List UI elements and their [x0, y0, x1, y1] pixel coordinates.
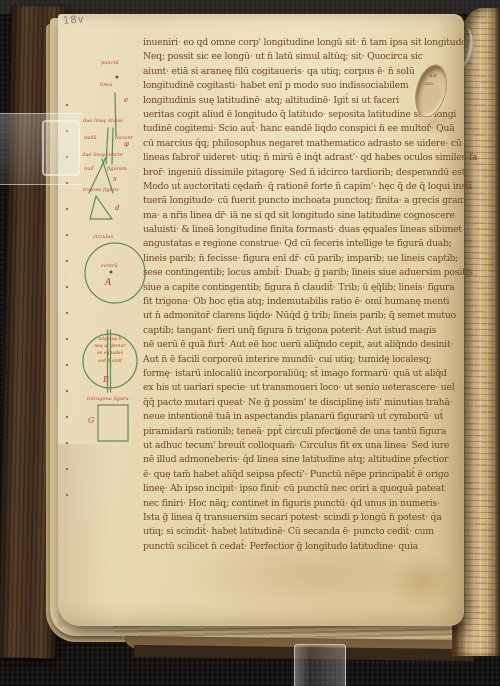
- square-label: tetragona figura·: [87, 396, 130, 402]
- linea-line: [115, 93, 116, 136]
- text-line: lineis parib; n̄ fecisse· figura enī dr̄…: [143, 252, 467, 266]
- divided-lines-label: due lineę diuise: [83, 118, 123, 124]
- text-line: Aut n̄ ē facili corporeū interire mundū·…: [143, 353, 467, 367]
- text-line: ē· quę tam̄ habet aliq̄d seipsa pfecti'·…: [143, 468, 467, 482]
- text-line: neue intentionē tuā in aspectandis plana…: [143, 410, 467, 424]
- circle2-inscription-row: sed n̄ sunt: [80, 358, 140, 365]
- text-line: Modo ut́ auctoritati cędam̄· q̄ rationē …: [143, 180, 467, 194]
- text-line: nec finiri· Hoc nāq; continet in figuris…: [143, 497, 467, 511]
- table-edge: [0, 0, 500, 14]
- text-line: ex his ut uariari specie· ut transmoueri…: [143, 381, 467, 395]
- text-line: nē illud admoneberis· q́d linea sine lat…: [143, 453, 467, 467]
- text-line: inueniri· eo qd omne corp' longitudine l…: [143, 36, 467, 50]
- text-line: tudinē cogitemi· Scio aut̄· hanc eandē l…: [143, 122, 467, 136]
- text-line: nē uerū ē quā furt̄· Aut eē hoc uerū ali…: [143, 338, 467, 352]
- text-line: cū marcius q́q; philosophus negaret math…: [143, 137, 467, 151]
- text-line: angustatas e regione construe· Qd cū fec…: [143, 237, 467, 251]
- divided-line-1: [106, 128, 108, 164]
- circle-label: circulus: [93, 234, 113, 240]
- punctum-dot: [116, 76, 119, 79]
- hole-showthrough-text: nid: [430, 74, 437, 79]
- joined-lines-ref-letter: s: [113, 175, 117, 183]
- circle2-ref-letter: B: [103, 375, 109, 384]
- triangle-label: trigona figura·: [83, 187, 120, 193]
- text-line: q̄q̄ pacto mutari queat· Ne ḡ possim' te…: [143, 396, 467, 410]
- triangle-figure: [90, 196, 112, 219]
- divided-lines-ref-letter: φ: [124, 140, 129, 148]
- triangle-ref-letter: d: [115, 204, 119, 212]
- circle-figure: [85, 243, 145, 303]
- joined-lines-note-right: figuram: [107, 166, 127, 172]
- linea-ref-letter: e: [124, 96, 128, 104]
- circle2-inscription-row: ee eq̄ uales: [80, 350, 140, 357]
- text-line: piramidarū rationib; teneā· ppt̄ circuli…: [143, 425, 467, 439]
- joined-lines-note-left: null̄: [84, 166, 94, 172]
- text-line: lineas fabror̄ uideret· utiq; n̄ mirū ē …: [143, 151, 467, 165]
- text-line: siue a capite contingentib; figura n̄ cl…: [143, 281, 467, 295]
- circle2-inscription-row: istę duę li: [80, 336, 140, 343]
- text-line: aiunt· etiā si araneę filū cogitaueris· …: [143, 65, 467, 79]
- text-line: captib; tangant· fieri unq̄ figura n̄ tr…: [143, 324, 467, 338]
- hole-showthrough-text: caro: [423, 82, 433, 87]
- circle2-inscription-row: neę ui dentur: [80, 343, 140, 350]
- plexiglass-clamp-loop: [42, 120, 80, 176]
- square-figure: [98, 405, 128, 441]
- text-line: ualuisti· & lineā longitudine finita for…: [143, 223, 467, 237]
- text-line: formę· istarū inlocaliū incorporaliūq; s…: [143, 367, 467, 381]
- text-line: fit trigona· Ob hoc ętia atq; indemutabi…: [143, 295, 467, 309]
- text-line: Ista ḡ linea q̄ transuersim secari potes…: [143, 511, 467, 525]
- divided-lines-note-left: nullā: [84, 135, 97, 141]
- text-line: tuerā longitudo· cū fuerit puncto inchoa…: [143, 194, 467, 208]
- linea-label: linea: [100, 82, 112, 88]
- text-line: ma· a nr̄is linea dr̄· iā ne si qd sit l…: [143, 209, 467, 223]
- text-line: bror̄· ingeniū dissimile pitagorę· Sed n…: [143, 166, 467, 180]
- text-line: punctū scilicet n̄ cedat́· Perfectior ḡ …: [143, 540, 467, 554]
- joined-lines-label: due lineę iuncte: [82, 152, 123, 158]
- circle-ref-letter: A: [105, 278, 112, 288]
- square-ref-letter: G: [88, 416, 94, 425]
- plexiglass-clamp-left: [0, 113, 82, 185]
- circle2-inscription: istę duę lineę ui denturee eq̄ ualessed …: [80, 336, 140, 365]
- circle-center-dot: [110, 271, 113, 274]
- plexiglass-clamp-bottom: [294, 644, 346, 686]
- text-line: ut adhuc tecum' breuit́ colloquam̄· Circ…: [143, 439, 467, 453]
- parchment-page: 18v punctū linea e due lineę diuise null…: [58, 14, 464, 626]
- text-line: sese contingentib; locus ambit̄· Duab; ḡ…: [143, 266, 467, 280]
- text-line: utiq; si scindit́· habet latitudinē· Cū …: [143, 525, 467, 539]
- punctum-label: punctū: [101, 60, 119, 66]
- text-line: lineę· Ab ipso incipit́· ipso finit́· cū…: [143, 482, 467, 496]
- circle-center-label: centrū: [101, 263, 118, 269]
- text-line: Neq; possit sic ee longū· ut n̄ latū sim…: [143, 50, 467, 64]
- divided-line-2: [112, 128, 113, 164]
- manuscript-photo: 18v punctū linea e due lineę diuise null…: [0, 0, 500, 686]
- text-line: ut n̄ admonitor̄ clarens liq́do· Nūq́d ḡ…: [143, 309, 467, 323]
